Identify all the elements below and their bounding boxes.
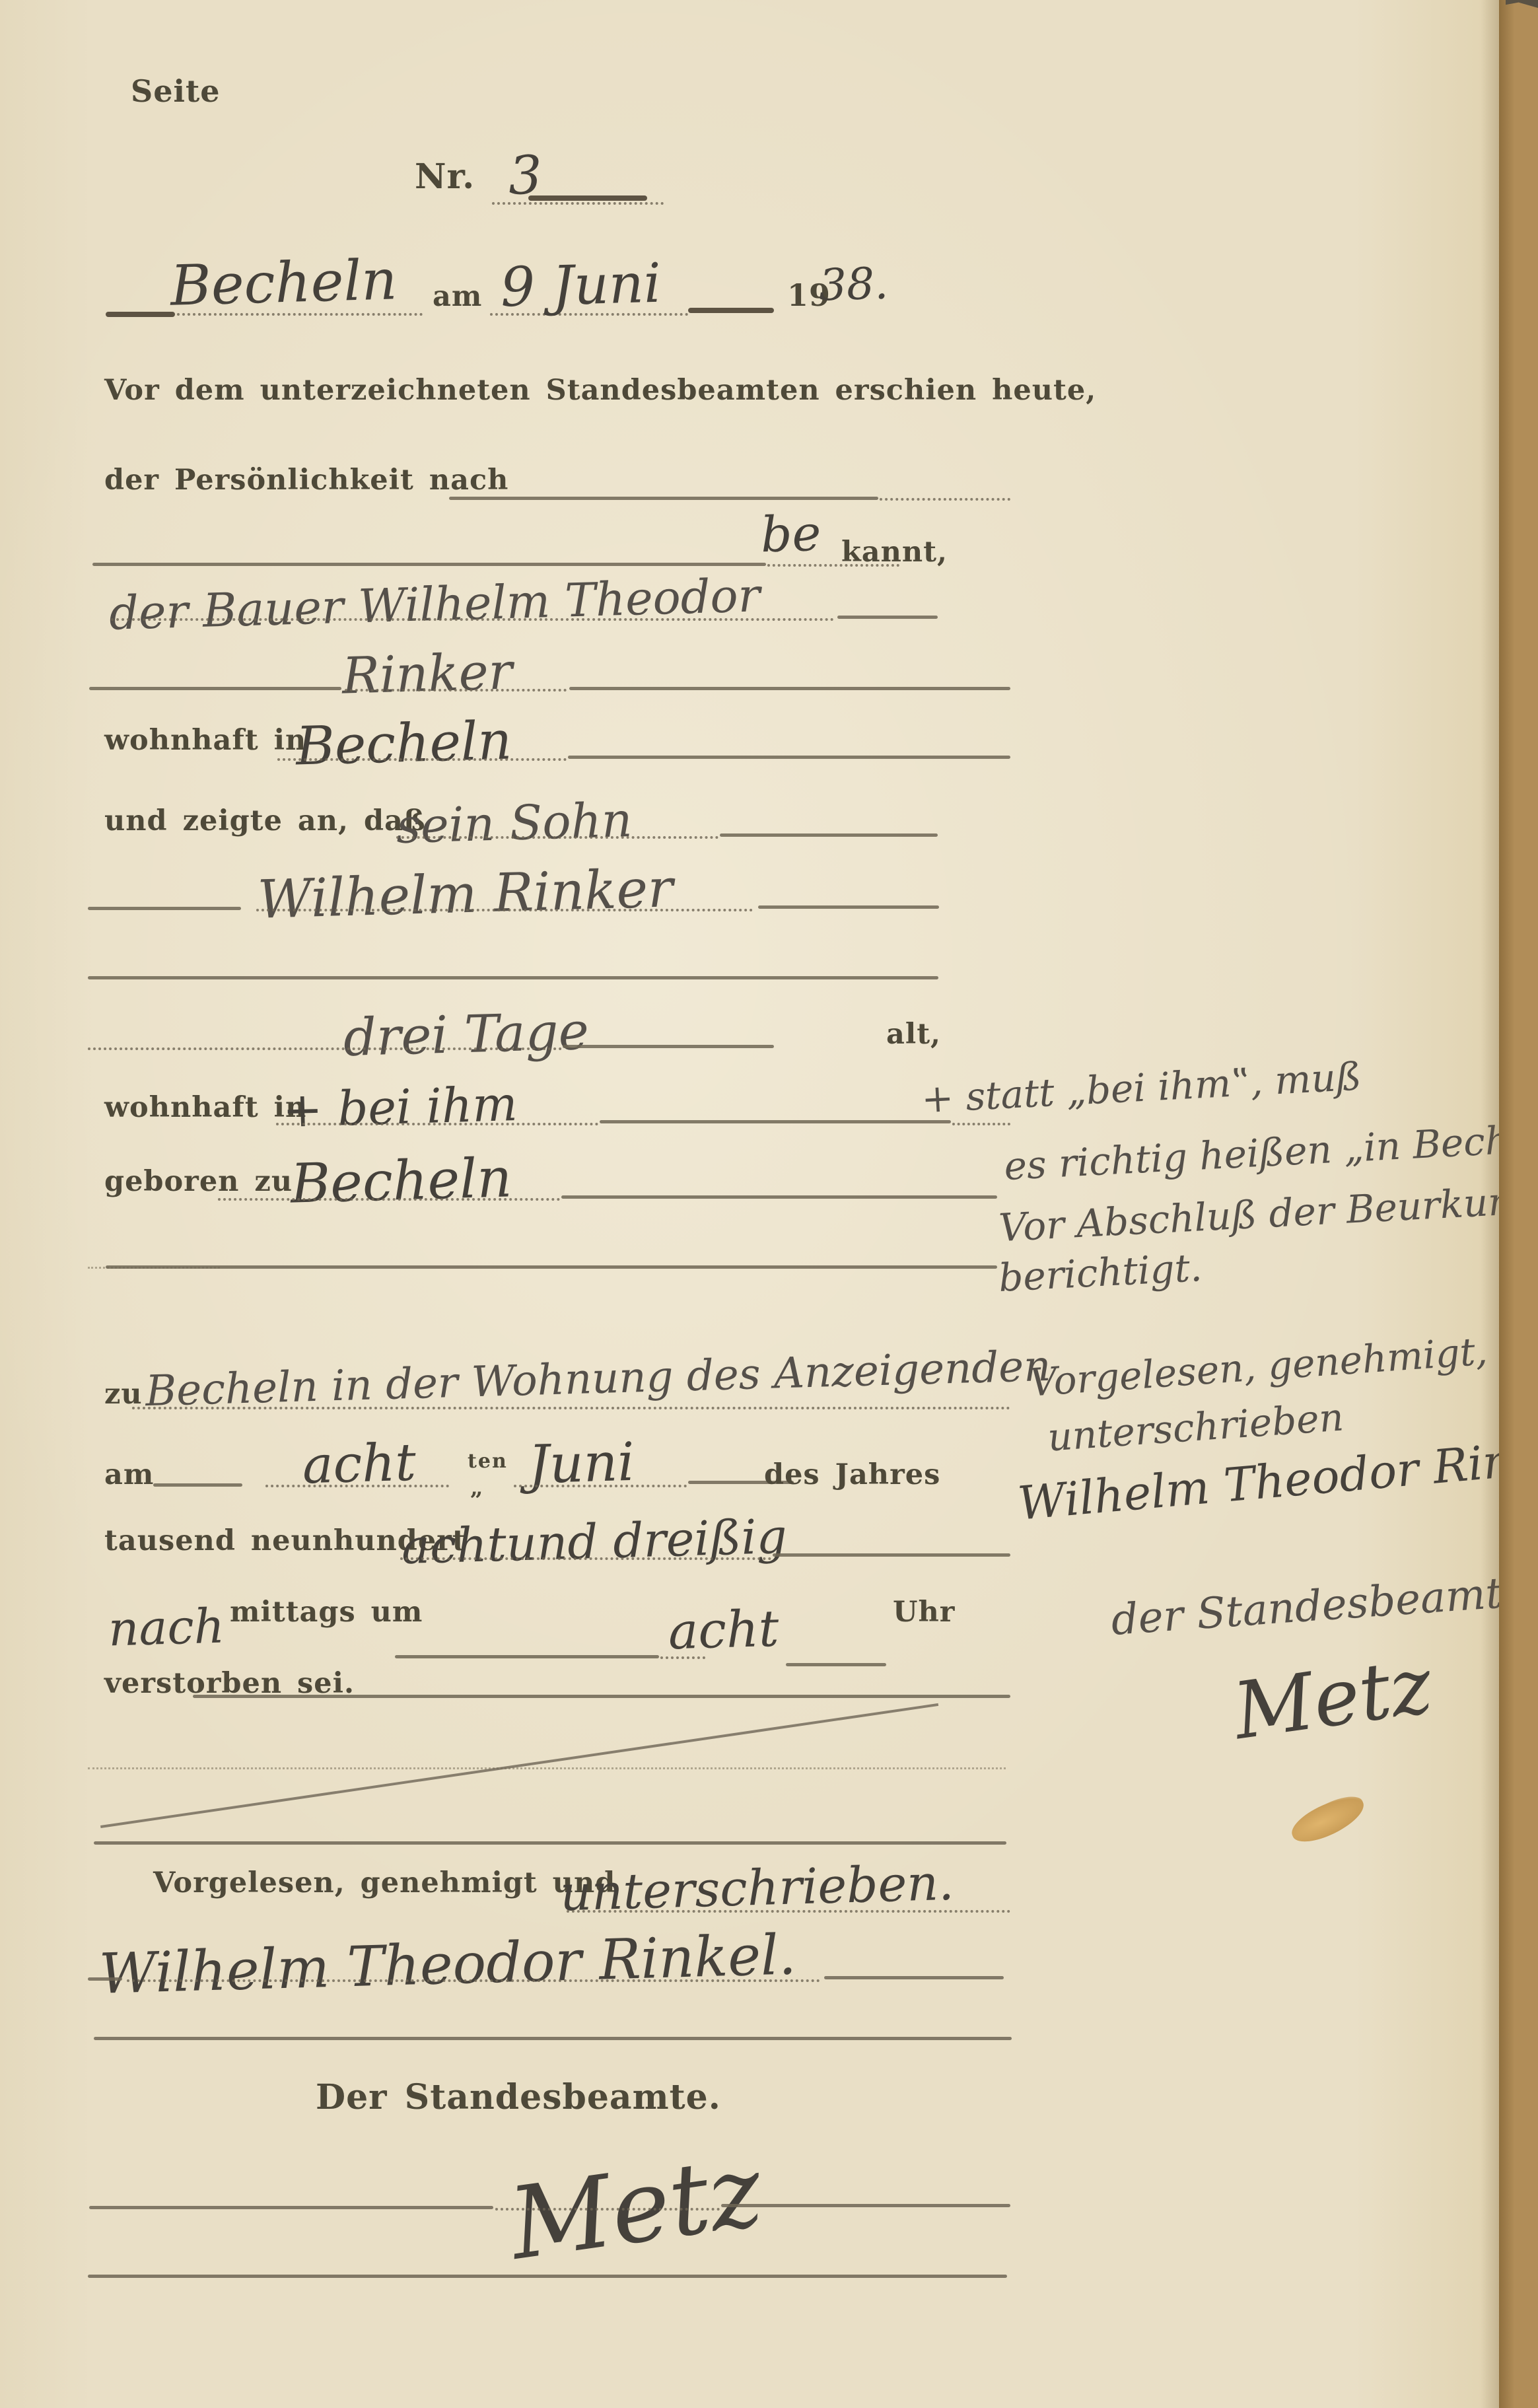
residence2-written: + bei ihm [282, 1080, 518, 1134]
ruled-line [88, 976, 938, 979]
registrar-signature: Metz [504, 2141, 767, 2275]
closing-written: unterschrieben. [559, 1859, 954, 1919]
cancellation-stroke [100, 1703, 938, 1828]
place-value: Becheln [170, 252, 398, 314]
margin-closing-line1: Vorgelesen, genehmigt, und [1028, 1326, 1538, 1401]
ink-stroke [106, 312, 175, 317]
ruled-line [773, 1553, 1010, 1557]
ruled-line [88, 1267, 220, 1269]
residence-value: Becheln [295, 714, 512, 773]
ruled-line [758, 905, 939, 909]
margin-note-line3: Vor Abschluß der Beurkundung [998, 1177, 1538, 1247]
margin-registrar-signature: Metz [1229, 1646, 1436, 1751]
closing-printed: Vorgelesen, genehmigt und [153, 1869, 615, 1897]
tape-residue-blemish [1286, 1790, 1370, 1849]
ordinal-suffix-label: ten [468, 1452, 508, 1471]
time-label: mittags um [230, 1598, 423, 1627]
ink-stroke [528, 195, 647, 201]
born-value: Becheln [290, 1151, 512, 1211]
ruled-line [721, 2204, 1010, 2207]
page-crease [1481, 0, 1499, 2408]
date-prefix-label: am [433, 283, 482, 311]
residence-label: wohnhaft in [104, 726, 306, 755]
ordinal-quote-mark: „ [470, 1477, 484, 1499]
born-label: geboren zu [104, 1168, 293, 1196]
ruled-line [880, 498, 1010, 501]
book-binding-edge [1499, 0, 1538, 2408]
residence2-label: wohnhaft in [104, 1094, 306, 1122]
death-place-written: Becheln in der Wohnung des Anzeigenden [145, 1345, 1051, 1413]
ruled-line [106, 1265, 997, 1269]
age-written: drei Tage [343, 1006, 590, 1064]
ruled-line [449, 497, 878, 500]
ruled-line [89, 687, 341, 690]
report-label: und zeigte an, daß [104, 807, 426, 835]
registrar-title: Der Standesbeamte. [316, 2080, 721, 2115]
ruled-line [569, 687, 1010, 690]
death-date-label: am [104, 1461, 154, 1489]
ruled-line [952, 1123, 1010, 1125]
page-corner-label: Seite [131, 76, 220, 106]
ruled-line [720, 833, 938, 837]
known-printed: kannt, [841, 538, 948, 567]
deceased-name: Wilhelm Rinker [257, 862, 674, 927]
declarant-name-line1: der Bauer Wilhelm Theodor [108, 572, 761, 637]
ruled-line [786, 1663, 886, 1666]
ruled-line [92, 563, 766, 566]
margin-note-line4: berichtigt. [998, 1248, 1203, 1297]
margin-note-line2: es richtig heißen „in Becheln‟ [1003, 1117, 1538, 1186]
margin-closing-line2: unterschrieben [1047, 1398, 1345, 1456]
hour-written: acht [668, 1604, 779, 1657]
ruled-line [561, 1195, 997, 1199]
year-written: 38. [818, 262, 889, 308]
year-words-written: achtund dreißig [401, 1512, 787, 1571]
ruled-line [94, 2037, 1012, 2040]
death-place-label: zu [104, 1380, 143, 1409]
ruled-line [89, 2206, 493, 2209]
declarant-signature: Wilhelm Theodor Rinkel. [98, 1927, 797, 2001]
ruled-line [94, 1841, 1006, 1845]
ruled-line [600, 1120, 951, 1123]
ruled-line [88, 907, 241, 910]
document-page: Seite Nr. 3 Becheln am 9 Juni 19 38. Vor… [0, 0, 1538, 2408]
year-of-label: des Jahres [764, 1461, 940, 1489]
death-month-written: Juni [528, 1436, 635, 1491]
margin-registrar-title: der Standesbeamte [1110, 1571, 1529, 1642]
clock-label: Uhr [893, 1598, 955, 1627]
age-label: alt, [886, 1020, 941, 1049]
intro-line: Vor dem unterzeichneten Standesbeamten e… [104, 376, 1096, 405]
margin-note-line1: + statt „bei ihm‟, muß [921, 1057, 1362, 1119]
identity-label: der Persönlichkeit nach [104, 466, 508, 495]
known-written: be [760, 509, 821, 560]
report-written: sein Sohn [396, 796, 633, 850]
ruled-line [88, 1767, 1006, 1769]
ruled-line [837, 616, 938, 619]
ruled-line [153, 1483, 242, 1487]
ink-stroke [688, 308, 774, 313]
declarant-name-line2: Rinker [341, 646, 513, 701]
ruled-line [563, 1045, 774, 1048]
record-number-value: 3 [508, 149, 543, 202]
date-value: 9 Juni [500, 257, 662, 316]
ruled-line [395, 1655, 659, 1658]
death-day-written: acht [302, 1437, 417, 1492]
record-number-label: Nr. [415, 160, 475, 194]
deceased-statement-label: verstorben sei. [104, 1670, 355, 1698]
ruled-line [568, 756, 1010, 759]
ruled-line [824, 1976, 1004, 1979]
meridiem-written: nach [108, 1602, 225, 1653]
